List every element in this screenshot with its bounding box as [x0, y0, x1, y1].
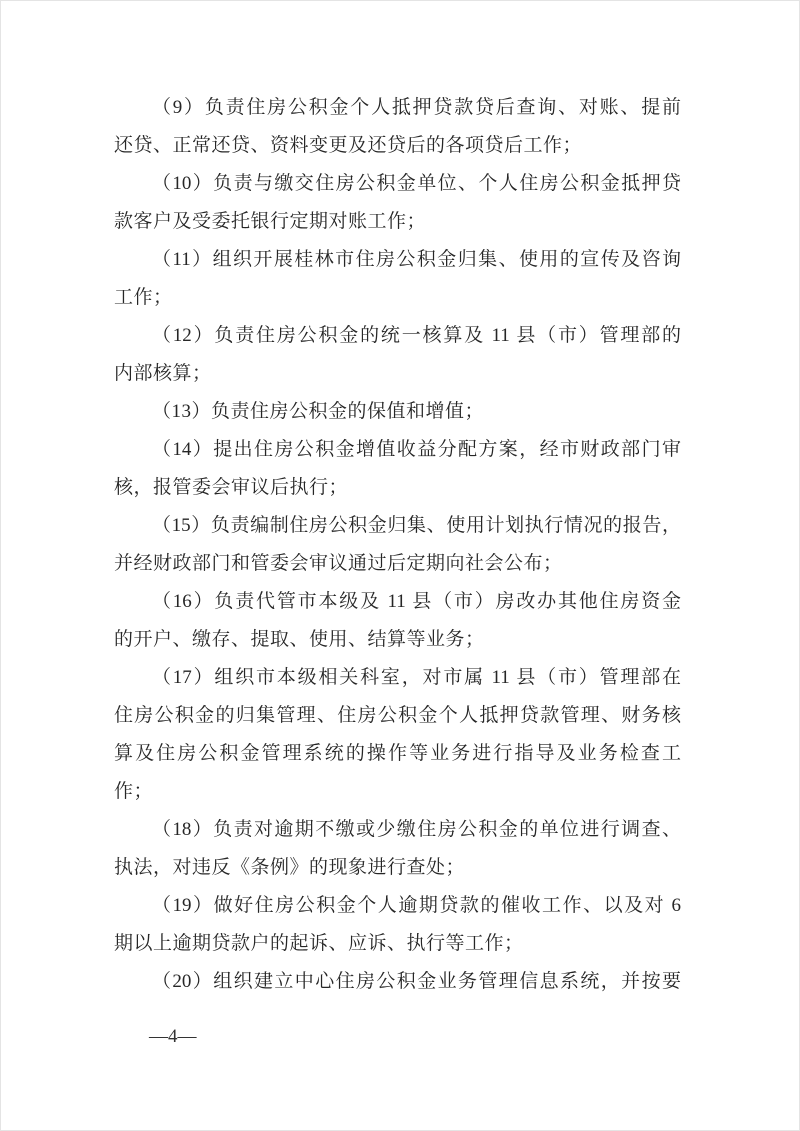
text-line: （19）做好住房公积金个人逾期贷款的催收工作、以及对 6 [114, 887, 681, 925]
text-line: 期以上逾期贷款户的起诉、应诉、执行等工作； [114, 925, 681, 963]
text-line: （14）提出住房公积金增值收益分配方案，经市财政部门审 [114, 431, 681, 469]
text-line: 作； [114, 773, 681, 811]
text-line: 住房公积金的归集管理、住房公积金个人抵押贷款管理、财务核 [114, 697, 681, 735]
text-line: 款客户及受委托银行定期对账工作； [114, 203, 681, 241]
text-line: 核，报管委会审议后执行； [114, 469, 681, 507]
text-line: 算及住房公积金管理系统的操作等业务进行指导及业务检查工 [114, 735, 681, 773]
text-line: 的开户、缴存、提取、使用、结算等业务； [114, 621, 681, 659]
text-line: （17）组织市本级相关科室，对市属 11 县（市）管理部在 [114, 659, 681, 697]
text-line: 工作； [114, 279, 681, 317]
text-line: （9）负责住房公积金个人抵押贷款贷后查询、对账、提前 [114, 89, 681, 127]
text-line: 执法，对违反《条例》的现象进行查处； [114, 849, 681, 887]
text-line: 并经财政部门和管委会审议通过后定期向社会公布； [114, 545, 681, 583]
text-line: （15）负责编制住房公积金归集、使用计划执行情况的报告， [114, 507, 681, 545]
text-line: （12）负责住房公积金的统一核算及 11 县（市）管理部的 [114, 317, 681, 355]
text-line: 还贷、正常还贷、资料变更及还贷后的各项贷后工作； [114, 127, 681, 165]
document-page: （9）负责住房公积金个人抵押贷款贷后查询、对账、提前还贷、正常还贷、资料变更及还… [0, 0, 800, 1131]
page-number: —4— [149, 1025, 197, 1049]
text-line: （18）负责对逾期不缴或少缴住房公积金的单位进行调查、 [114, 811, 681, 849]
text-line: （16）负责代管市本级及 11 县（市）房改办其他住房资金 [114, 583, 681, 621]
text-line: （20）组织建立中心住房公积金业务管理信息系统，并按要 [114, 963, 681, 1001]
text-line: （11）组织开展桂林市住房公积金归集、使用的宣传及咨询 [114, 241, 681, 279]
text-line: （10）负责与缴交住房公积金单位、个人住房公积金抵押贷 [114, 165, 681, 203]
text-line: （13）负责住房公积金的保值和增值； [114, 393, 681, 431]
text-line: 内部核算； [114, 355, 681, 393]
document-body: （9）负责住房公积金个人抵押贷款贷后查询、对账、提前还贷、正常还贷、资料变更及还… [114, 89, 681, 1001]
